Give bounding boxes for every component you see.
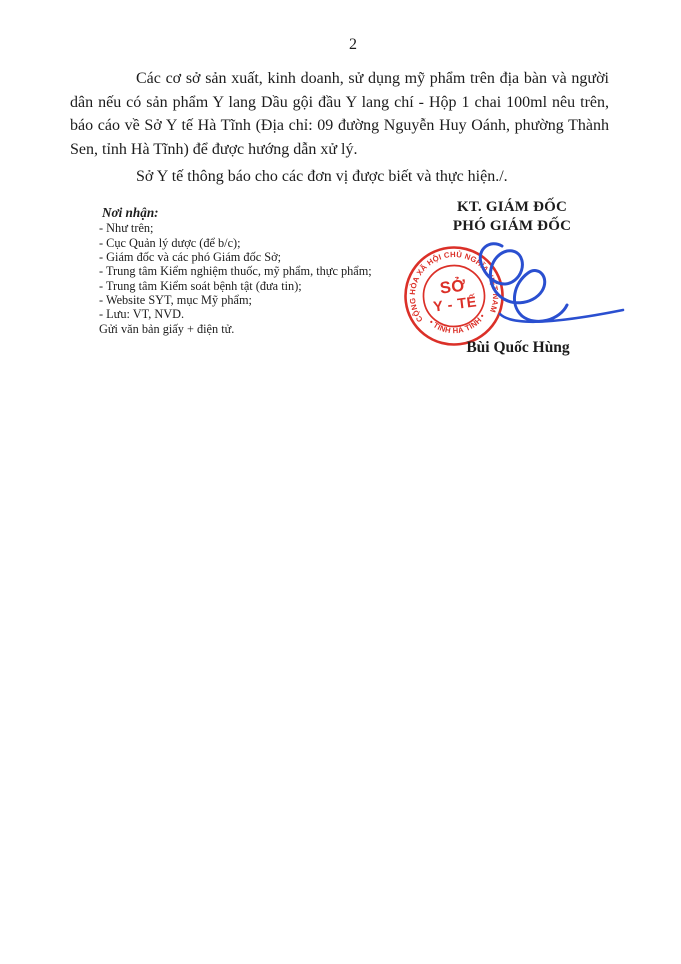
recipient-item: - Trung tâm Kiểm nghiệm thuốc, mỹ phẩm, … — [99, 264, 419, 278]
body-paragraph-2: Sở Y tế thông báo cho các đơn vị được bi… — [70, 165, 609, 189]
recipients-heading: Nơi nhận: — [102, 206, 419, 220]
page-number: 2 — [83, 36, 623, 54]
recipients-block: Nơi nhận: - Như trên; - Cục Quản lý dược… — [99, 206, 419, 336]
handwritten-signature — [448, 234, 644, 336]
body-text: Các cơ sở sản xuất, kinh doanh, sử dụng … — [70, 67, 609, 189]
recipient-item: - Website SYT, mục Mỹ phẩm; — [99, 293, 419, 307]
signer-name: Bùi Quốc Hùng — [408, 339, 628, 357]
body-paragraph-1: Các cơ sở sản xuất, kinh doanh, sử dụng … — [70, 67, 609, 161]
document-page: 2 Các cơ sở sản xuất, kinh doanh, sử dụn… — [0, 0, 681, 964]
recipient-item: - Như trên; — [99, 221, 419, 235]
recipient-item: - Trung tâm Kiểm soát bệnh tật (đưa tin)… — [99, 279, 419, 293]
recipients-note: Gửi văn bản giấy + điện tử. — [99, 322, 419, 336]
recipient-item: - Giám đốc và các phó Giám đốc Sở; — [99, 250, 419, 264]
signature-title-line1: KT. GIÁM ĐỐC — [402, 198, 622, 217]
signature-loops-stroke — [480, 244, 567, 322]
recipient-item: - Lưu: VT, NVD. — [99, 307, 419, 321]
recipient-item: - Cục Quản lý dược (để b/c); — [99, 236, 419, 250]
